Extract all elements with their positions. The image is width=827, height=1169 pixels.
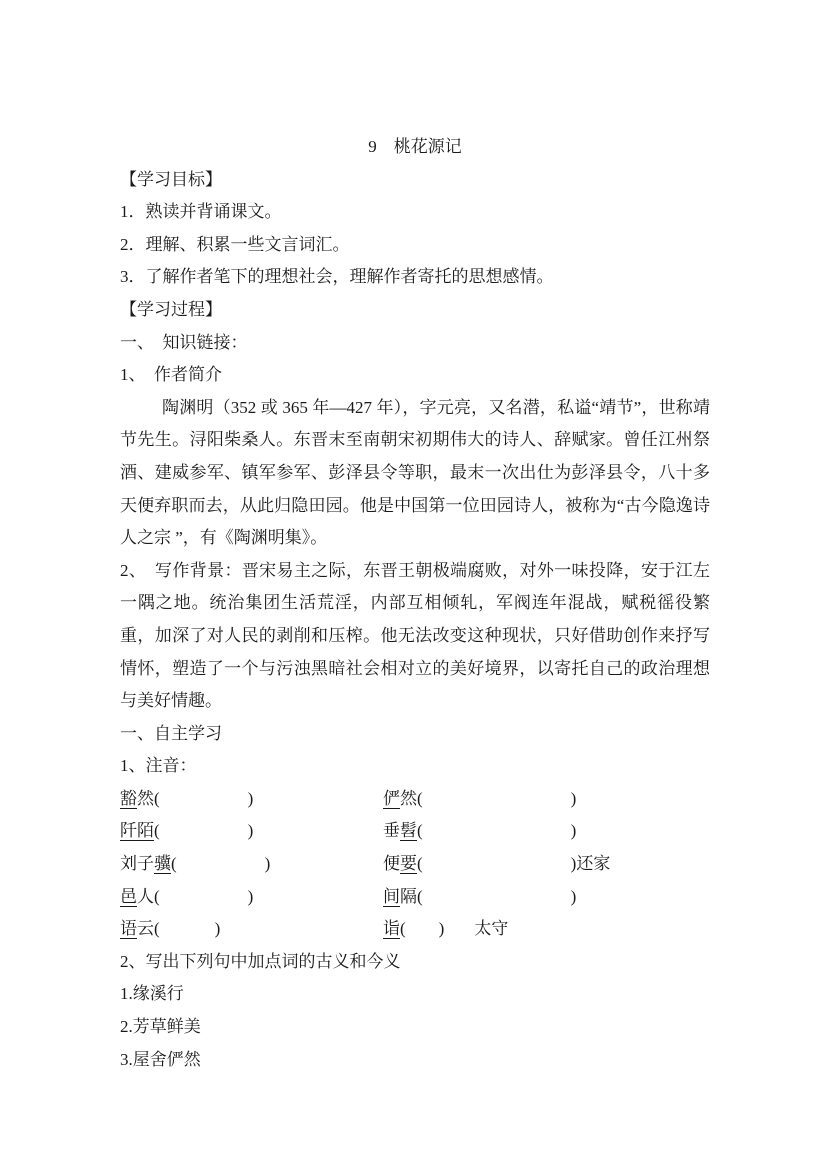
open-paren: ( bbox=[154, 821, 160, 840]
answer-blank bbox=[423, 867, 571, 869]
term-suffix: 云 bbox=[137, 919, 154, 938]
pinyin-term-yanran: 俨然() bbox=[383, 783, 710, 816]
ancient-item-2: 2.芳草鲜美 bbox=[120, 1011, 710, 1044]
open-paren: ( bbox=[417, 789, 423, 808]
answer-blank bbox=[160, 932, 215, 934]
underlined-char: 语 bbox=[120, 919, 137, 939]
close-paren: ) bbox=[439, 919, 445, 938]
underlined-char: 骥 bbox=[154, 854, 171, 874]
underlined-char: 诣 bbox=[383, 919, 400, 939]
pinyin-row-2: 阡陌() 垂髫() bbox=[120, 815, 710, 848]
answer-blank bbox=[423, 900, 571, 902]
zhuyin-header: 1、注音： bbox=[120, 750, 710, 783]
open-paren: ( bbox=[400, 919, 406, 938]
open-paren: ( bbox=[154, 919, 160, 938]
close-paren: ) bbox=[571, 789, 577, 808]
pinyin-term-chuitiao: 垂髫() bbox=[383, 815, 710, 848]
answer-blank bbox=[423, 834, 571, 836]
goal-item-1: 1．熟读并背诵课文。 bbox=[120, 196, 710, 229]
term-suffix: 人 bbox=[137, 887, 154, 906]
pinyin-term-yuyun: 语云() bbox=[120, 913, 383, 946]
pinyin-term-qianmo: 阡陌() bbox=[120, 815, 383, 848]
answer-blank bbox=[406, 932, 439, 934]
underlined-char: 俨 bbox=[383, 789, 400, 809]
underlined-char: 要 bbox=[400, 854, 417, 874]
open-paren: ( bbox=[417, 887, 423, 906]
answer-blank bbox=[160, 900, 248, 902]
underlined-char: 髫 bbox=[400, 821, 417, 841]
close-paren: ) bbox=[571, 887, 577, 906]
author-intro-paragraph: 陶渊明（352 或 365 年—427 年），字元亮，又名潜，私谥“靖节”，世称… bbox=[120, 392, 710, 555]
close-paren: ) bbox=[571, 821, 577, 840]
pinyin-term-liuziji: 刘子骥() bbox=[120, 848, 383, 881]
answer-blank bbox=[177, 867, 265, 869]
close-paren: ) bbox=[248, 789, 254, 808]
open-paren: ( bbox=[154, 789, 160, 808]
close-paren: ) bbox=[248, 821, 254, 840]
answer-blank bbox=[160, 802, 248, 804]
pinyin-row-1: 豁然() 俨然() bbox=[120, 783, 710, 816]
term-prefix: 垂 bbox=[383, 821, 400, 840]
open-paren: ( bbox=[154, 887, 160, 906]
term-suffix: 然 bbox=[400, 789, 417, 808]
goal-item-3: 3．了解作者笔下的理想社会，理解作者寄托的思想感情。 bbox=[120, 261, 710, 294]
term-prefix: 刘子 bbox=[120, 854, 154, 873]
open-paren: ( bbox=[417, 821, 423, 840]
pinyin-term-huoran: 豁然() bbox=[120, 783, 383, 816]
pinyin-term-yiren: 邑人() bbox=[120, 881, 383, 914]
knowledge-link-header: 一、 知识链接： bbox=[120, 327, 710, 360]
pinyin-row-5: 语云() 诣()太守 bbox=[120, 913, 710, 946]
doc-title: 9 桃花源记 bbox=[120, 131, 710, 164]
close-paren: ) bbox=[215, 919, 221, 938]
term-after: 太守 bbox=[474, 919, 508, 938]
pinyin-term-bianyao: 便要()还家 bbox=[383, 848, 710, 881]
goals-header: 【学习目标】 bbox=[120, 164, 710, 197]
underlined-char: 间 bbox=[383, 887, 400, 907]
process-header: 【学习过程】 bbox=[120, 294, 710, 327]
term-suffix: 隔 bbox=[400, 887, 417, 906]
ancient-modern-header: 2、写出下列句中加点词的古义和今义 bbox=[120, 946, 710, 979]
term-prefix: 便 bbox=[383, 854, 400, 873]
open-paren: ( bbox=[171, 854, 177, 873]
writing-background-paragraph: 2、 写作背景：晋宋易主之际，东晋王朝极端腐败，对外一味投降，安于江左一隅之地。… bbox=[120, 555, 710, 718]
term-suffix: 然 bbox=[137, 789, 154, 808]
answer-blank bbox=[423, 802, 571, 804]
term-after: 还家 bbox=[576, 854, 610, 873]
underlined-char: 邑 bbox=[120, 887, 137, 907]
pinyin-term-jiange: 间隔() bbox=[383, 881, 710, 914]
open-paren: ( bbox=[417, 854, 423, 873]
underlined-char: 阡陌 bbox=[120, 821, 154, 841]
author-profile-header: 1、 作者简介 bbox=[120, 359, 710, 392]
pinyin-row-4: 邑人() 间隔() bbox=[120, 881, 710, 914]
pinyin-term-yi: 诣()太守 bbox=[383, 913, 710, 946]
goal-item-2: 2．理解、积累一些文言词汇。 bbox=[120, 229, 710, 262]
ancient-item-1: 1.缘溪行 bbox=[120, 978, 710, 1011]
answer-blank bbox=[160, 834, 248, 836]
close-paren: ) bbox=[248, 887, 254, 906]
ancient-item-3: 3.屋舍俨然 bbox=[120, 1044, 710, 1077]
self-study-header: 一、自主学习 bbox=[120, 718, 710, 751]
document-page: 9 桃花源记 【学习目标】 1．熟读并背诵课文。 2．理解、积累一些文言词汇。 … bbox=[0, 0, 827, 1169]
close-paren: ) bbox=[265, 854, 271, 873]
underlined-char: 豁 bbox=[120, 789, 137, 809]
pinyin-row-3: 刘子骥() 便要()还家 bbox=[120, 848, 710, 881]
